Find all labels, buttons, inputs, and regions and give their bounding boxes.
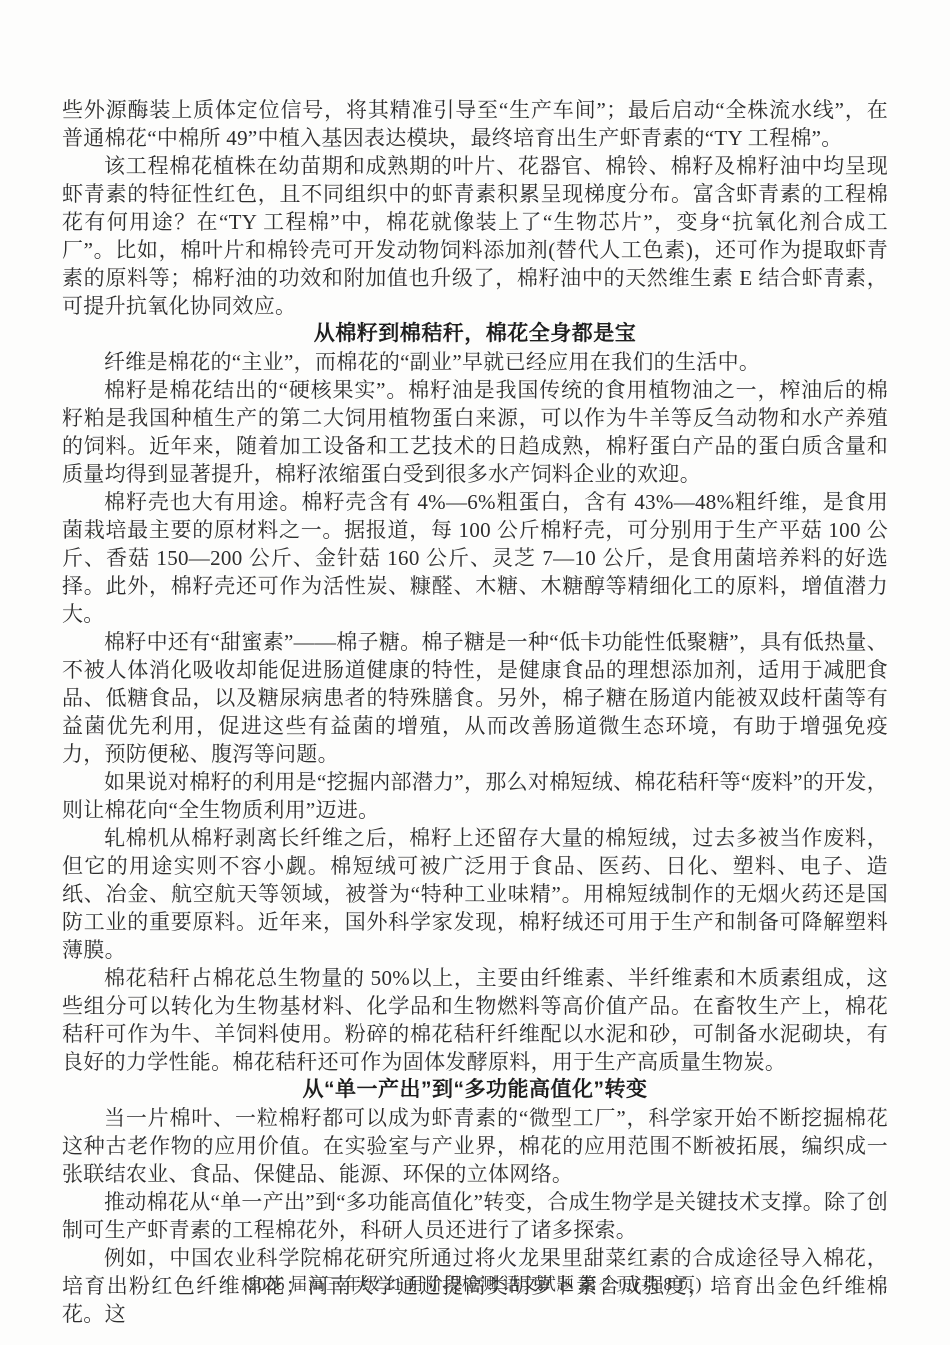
exam-page: 些外源酶装上质体定位信号，将其精准引导至“生产车间”；最后启动“全株流水线”，在… — [0, 0, 950, 1345]
page-footer: 2026 届高三年级 11 月阶段检测 语文试题 第 2 页(共 8 页) — [0, 1273, 950, 1295]
passage-paragraph: 该工程棉花植株在幼苗期和成熟期的叶片、花器官、棉铃、棉籽及棉籽油中均呈现虾青素的… — [62, 152, 888, 320]
passage-paragraph: 当一片棉叶、一粒棉籽都可以成为虾青素的“微型工厂”，科学家开始不断挖掘棉花这种古… — [62, 1104, 888, 1188]
passage-paragraph: 棉籽是棉花结出的“硬核果实”。棉籽油是我国传统的食用植物油之一，榨油后的棉籽粕是… — [62, 376, 888, 488]
passage-paragraph: 棉花秸秆占棉花总生物量的 50%以上，主要由纤维素、半纤维素和木质素组成，这些组… — [62, 964, 888, 1076]
section-heading: 从“单一产出”到“多功能高值化”转变 — [62, 1076, 888, 1104]
passage-paragraph: 些外源酶装上质体定位信号，将其精准引导至“生产车间”；最后启动“全株流水线”，在… — [62, 96, 888, 152]
passage-paragraph: 如果说对棉籽的利用是“挖掘内部潜力”，那么对棉短绒、棉花秸秆等“废料”的开发，则… — [62, 768, 888, 824]
passage-paragraph: 棉籽壳也大有用途。棉籽壳含有 4%—6%粗蛋白，含有 43%—48%粗纤维，是食… — [62, 488, 888, 628]
section-heading: 从棉籽到棉秸秆，棉花全身都是宝 — [62, 320, 888, 348]
passage-paragraph: 推动棉花从“单一产出”到“多功能高值化”转变，合成生物学是关键技术支撑。除了创制… — [62, 1188, 888, 1244]
passage-paragraph: 棉籽中还有“甜蜜素”——棉子糖。棉子糖是一种“低卡功能性低聚糖”，具有低热量、不… — [62, 628, 888, 768]
reading-passage: 些外源酶装上质体定位信号，将其精准引导至“生产车间”；最后启动“全株流水线”，在… — [62, 96, 888, 1328]
passage-paragraph: 轧棉机从棉籽剥离长纤维之后，棉籽上还留存大量的棉短绒，过去多被当作废料，但它的用… — [62, 824, 888, 964]
passage-paragraph: 纤维是棉花的“主业”，而棉花的“副业”早就已经应用在我们的生活中。 — [62, 348, 888, 376]
